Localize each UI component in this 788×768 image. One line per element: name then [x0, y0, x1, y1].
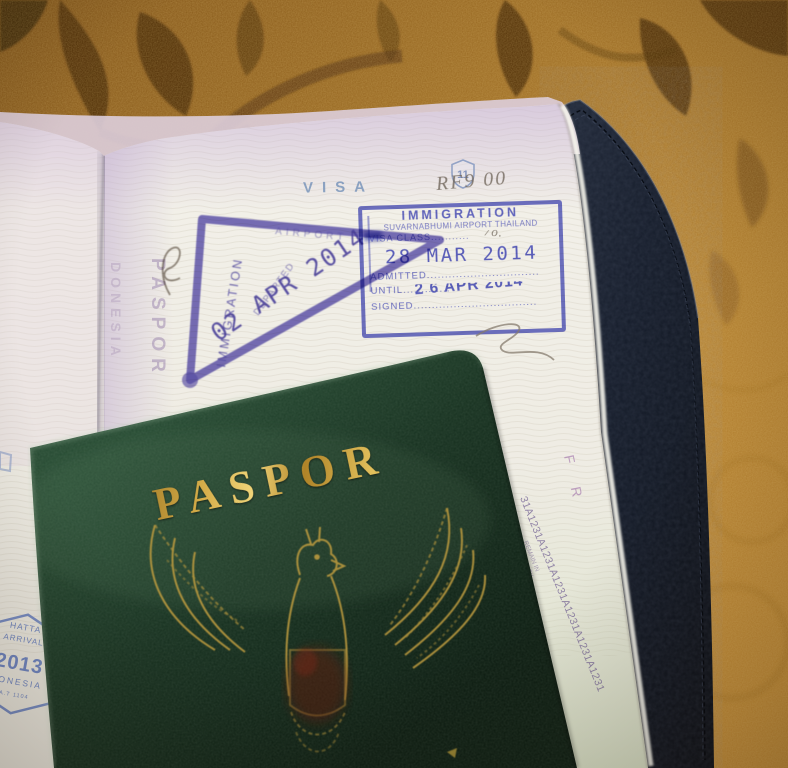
green-passport-cover: [0, 0, 788, 768]
passport-photo-scene: HATTA ARRIVAL 2013 DONESIA A.T 1104 31A1…: [0, 0, 788, 768]
